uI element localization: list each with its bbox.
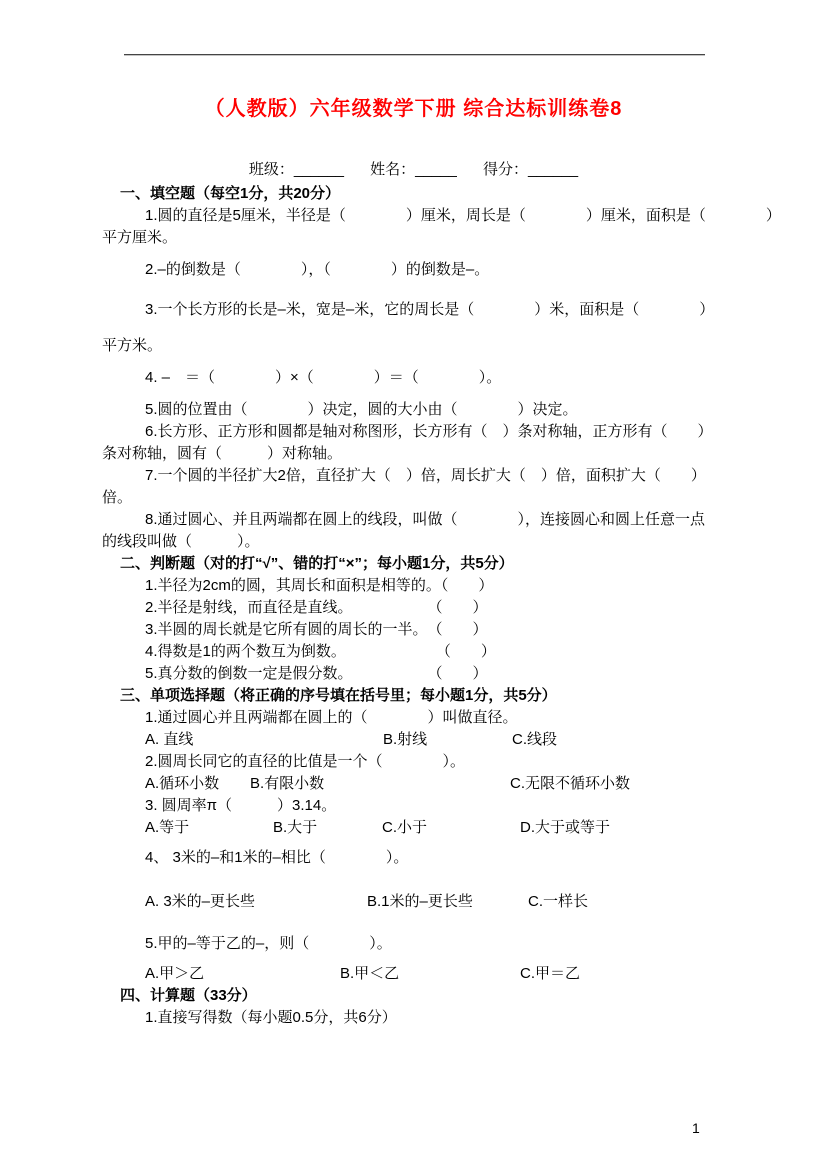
choice-q4-stem: 4、 3米的–和1米的–相比（ ）。 <box>102 847 787 869</box>
choice-q1-stem: 1.通过圆心并且两端都在圆上的（ ）叫做直径。 <box>102 707 787 729</box>
choice-q5-option-a: A.甲＞乙 <box>145 963 340 985</box>
fill-item-3-cont: 平方米。 <box>102 335 787 357</box>
fill-item-1-cont: 平方厘米。 <box>102 227 787 249</box>
judge-item-3: 3.半圆的周长就是它所有圆的周长的一半。 （ ） <box>102 619 787 641</box>
choice-q2-stem: 2.圆周长同它的直径的比值是一个（ ）。 <box>102 751 787 773</box>
choice-q4-option-c: C.一样长 <box>528 891 588 913</box>
page-number: 1 <box>692 1120 700 1136</box>
section1-heading: 一、填空题（每空1分，共20分） <box>102 183 787 205</box>
fill-item-2: 2.–的倒数是（ ），（ ）的倒数是–。 <box>102 259 787 281</box>
judge-item-2: 2.半径是射线，而直径是直线。 （ ） <box>102 597 787 619</box>
header-rule <box>124 54 705 56</box>
class-field: 班级：______ <box>249 161 344 178</box>
choice-q5-option-b: B.甲＜乙 <box>340 963 520 985</box>
student-info-line: 班级：______ 姓名：_____ 得分：______ <box>0 158 827 179</box>
choice-q3-options: A.等于B.大于C.小于D.大于或等于 <box>102 817 787 839</box>
choice-q4-option-b: B.1米的–更长些 <box>367 891 528 913</box>
choice-q5-option-c: C.甲＝乙 <box>520 963 580 985</box>
choice-q2-options: A.循环小数B.有限小数C.无限不循环小数 <box>102 773 787 795</box>
choice-q2-option-a: A.循环小数 <box>145 773 250 795</box>
choice-q3-option-a: A.等于 <box>145 817 273 839</box>
choice-q4-options: A. 3米的–更长些B.1米的–更长些C.一样长 <box>102 891 787 913</box>
calc-item-1: 1.直接写得数（每小题0.5分，共6分） <box>102 1007 787 1029</box>
choice-q5-options: A.甲＞乙B.甲＜乙C.甲＝乙 <box>102 963 787 985</box>
section3-heading: 三、单项选择题（将正确的序号填在括号里；每小题1分，共5分） <box>102 685 787 707</box>
choice-q1-options: A. 直线B.射线C.线段 <box>102 729 787 751</box>
choice-q3-stem: 3. 圆周率π（ ）3.14。 <box>102 795 787 817</box>
choice-q3-option-b: B.大于 <box>273 817 382 839</box>
section2-heading: 二、判断题（对的打“√”、错的打“×”；每小题1分，共5分） <box>102 553 787 575</box>
name-field: 姓名：_____ <box>370 161 457 178</box>
document-body: 一、填空题（每空1分，共20分） 1.圆的直径是5厘米，半径是（ ）厘米，周长是… <box>102 183 787 1029</box>
judge-item-4: 4.得数是1的两个数互为倒数。 （ ） <box>102 641 787 663</box>
choice-q2-option-b: B.有限小数 <box>250 773 510 795</box>
fill-item-3: 3.一个长方形的长是–米，宽是–米，它的周长是（ ）米，面积是（ ） <box>102 299 787 321</box>
choice-q2-option-c: C.无限不循环小数 <box>510 773 630 795</box>
choice-q1-option-a: A. 直线 <box>145 729 383 751</box>
choice-q3-option-c: C.小于 <box>382 817 520 839</box>
judge-item-1: 1.半径为2cm的圆，其周长和面积是相等的。（ ） <box>102 575 787 597</box>
fill-item-7: 7.一个圆的半径扩大2倍，直径扩大（ ）倍，周长扩大（ ）倍，面积扩大（ ） <box>102 465 787 487</box>
document-page: （人教版）六年级数学下册 综合达标训练卷8 班级：______ 姓名：_____… <box>0 0 827 1170</box>
fill-item-6: 6.长方形、正方形和圆都是轴对称图形，长方形有（ ）条对称轴，正方形有（ ） <box>102 421 787 443</box>
fill-item-7-cont: 倍。 <box>102 487 787 509</box>
section4-heading: 四、计算题（33分） <box>102 985 787 1007</box>
fill-item-6-cont: 条对称轴，圆有（ ）对称轴。 <box>102 443 787 465</box>
choice-q4-option-a: A. 3米的–更长些 <box>145 891 367 913</box>
fill-item-1: 1.圆的直径是5厘米，半径是（ ）厘米，周长是（ ）厘米，面积是（ ） <box>102 205 787 227</box>
fill-item-8-cont: 的线段叫做（ ）。 <box>102 531 787 553</box>
judge-item-5: 5.真分数的倒数一定是假分数。 （ ） <box>102 663 787 685</box>
fill-item-5: 5.圆的位置由（ ）决定，圆的大小由（ ）决定。 <box>102 399 787 421</box>
fill-item-4: 4. – ＝（ ）×（ ）＝（ ）。 <box>102 367 787 389</box>
fill-item-8: 8.通过圆心、并且两端都在圆上的线段，叫做（ ），连接圆心和圆上任意一点 <box>102 509 787 531</box>
choice-q1-option-b: B.射线 <box>383 729 512 751</box>
choice-q3-option-d: D.大于或等于 <box>520 817 610 839</box>
score-field: 得分：______ <box>483 161 578 178</box>
choice-q5-stem: 5.甲的–等于乙的–，则（ ）。 <box>102 933 787 955</box>
choice-q1-option-c: C.线段 <box>512 729 557 751</box>
document-title: （人教版）六年级数学下册 综合达标训练卷8 <box>0 92 827 121</box>
